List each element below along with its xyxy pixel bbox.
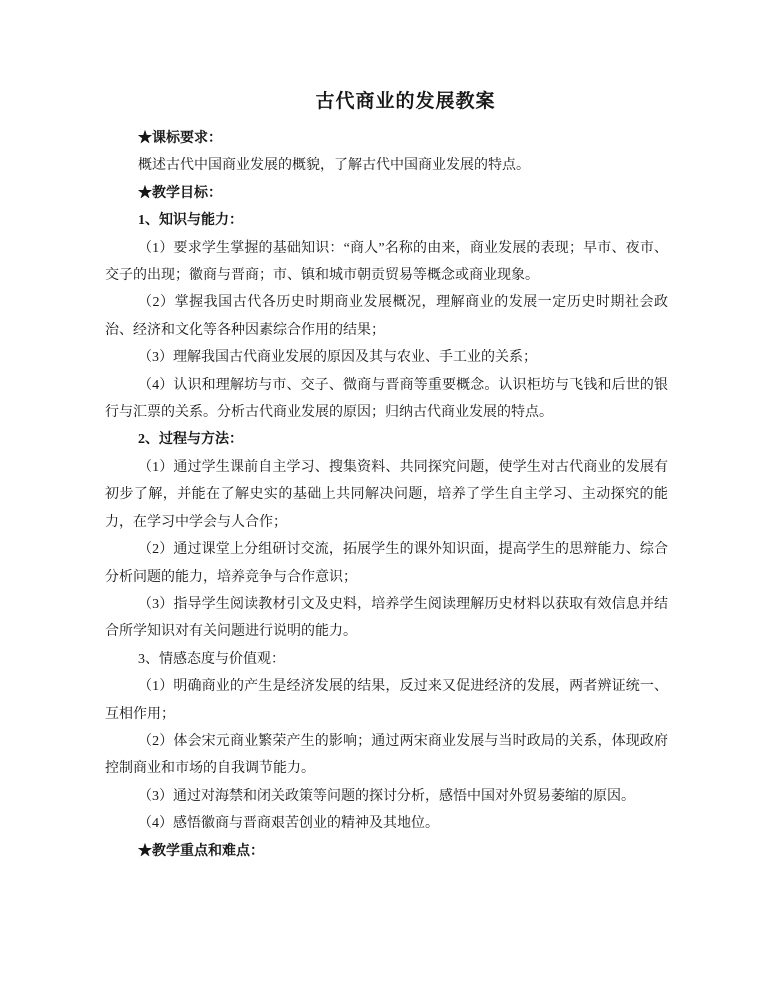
paragraph-process-item-2: （2）通过课堂上分组研讨交流，拓展学生的课外知识面，提高学生的思辩能力、综合分析… [105,536,668,591]
document-page: 古代商业的发展教案 ★课标要求： 概述古代中国商业发展的概貌，了解古代中国商业发… [105,88,668,865]
heading-course-standard: ★课标要求： [105,125,668,152]
paragraph-knowledge-item-2: （2）掌握我国古代各历史时期商业发展概况，理解商业的发展一定历史时期社会政治、经… [105,289,668,344]
paragraph-process-item-1: （1）通过学生课前自主学习、搜集资料、共同探究问题，使学生对古代商业的发展有初步… [105,454,668,536]
heading-key-points: ★教学重点和难点： [105,838,668,865]
paragraph-knowledge-item-1: （1）要求学生掌握的基础知识：“商人”名称的由来，商业发展的表现；早市、夜市、交… [105,235,668,290]
paragraph-knowledge-item-4: （4）认识和理解坊与市、交子、微商与晋商等重要概念。认识柜坊与飞钱和后世的银行与… [105,372,668,427]
paragraph-emotion-item-4: （4）感悟徽商与晋商艰苦创业的精神及其地位。 [105,810,668,837]
paragraph-knowledge-item-3: （3）理解我国古代商业发展的原因及其与农业、手工业的关系； [105,344,668,371]
heading-process-method: 2、过程与方法： [105,426,668,453]
paragraph-emotion-item-2: （2）体会宋元商业繁荣产生的影响；通过两宋商业发展与当时政局的关系，体现政府控制… [105,728,668,783]
paragraph-emotion-item-3: （3）通过对海禁和闭关政策等问题的探讨分析，感悟中国对外贸易萎缩的原因。 [105,783,668,810]
heading-teaching-objectives: ★教学目标： [105,180,668,207]
paragraph-course-standard-body: 概述古代中国商业发展的概貌，了解古代中国商业发展的特点。 [105,152,668,179]
paragraph-emotion-item-1: （1）明确商业的产生是经济发展的结果，反过来又促进经济的发展，两者辨证统一、互相… [105,673,668,728]
paragraph-process-item-3: （3）指导学生阅读教材引文及史料，培养学生阅读理解历史材料以获取有效信息并结合所… [105,591,668,646]
document-title: 古代商业的发展教案 [143,88,668,116]
heading-knowledge-ability: 1、知识与能力： [105,207,668,234]
heading-emotion-values: 3、情感态度与价值观： [105,646,668,673]
